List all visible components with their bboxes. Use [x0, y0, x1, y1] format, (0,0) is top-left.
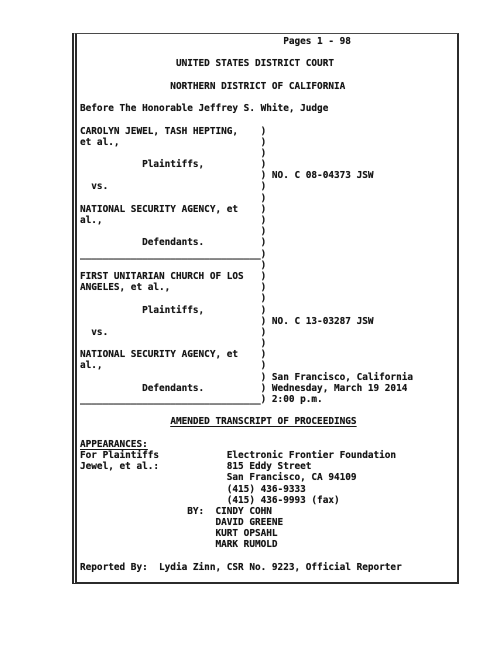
spacer-line	[80, 70, 457, 81]
transcript-title-text: AMENDED TRANSCRIPT OF PROCEEDINGS	[170, 416, 356, 427]
unitarian-defendant-name-line1: NATIONAL SECURITY AGENCY, et )	[80, 349, 457, 360]
jewel-caption-paren-line: )	[80, 193, 457, 204]
appearance-fax: (415) 436-9993 (fax)	[80, 495, 457, 506]
transcript-title-indent	[80, 416, 170, 427]
unitarian-plaintiff-name-line1: FIRST UNITARIAN CHURCH OF LOS )	[80, 271, 457, 282]
appearance-city-state-zip: San Francisco, CA 94109	[80, 472, 457, 483]
judge-line: Before The Honorable Jeffrey S. White, J…	[80, 103, 457, 114]
jewel-caption-paren-line: )	[80, 148, 457, 159]
reporter-line: Reported By: Lydia Zinn, CSR No. 9223, O…	[80, 562, 457, 573]
unitarian-defendant-name-line2: al., )	[80, 360, 457, 371]
pages-range-label: Pages 1 - 98	[80, 36, 457, 47]
spacer-line	[80, 92, 457, 103]
jewel-vs-label: vs. )	[80, 181, 457, 192]
jewel-defendant-name-line2: al., )	[80, 215, 457, 226]
spacer-line	[80, 405, 457, 416]
hearing-time-line: ________________________________) 2:00 p…	[80, 394, 457, 405]
jewel-caption-paren-line: )	[80, 226, 457, 237]
jewel-caption-closing-rule: ________________________________)	[80, 249, 457, 260]
appearance-attorney-1: BY: CINDY COHN	[80, 506, 457, 517]
hearing-location-line: ) San Francisco, California	[80, 372, 457, 383]
appearance-attorney-2: DAVID GREENE	[80, 517, 457, 528]
transcript-title: AMENDED TRANSCRIPT OF PROCEEDINGS	[80, 416, 457, 427]
unitarian-case-number: ) NO. C 13-03287 JSW	[80, 316, 457, 327]
hearing-date-line: Defendants. ) Wednesday, March 19 2014	[80, 383, 457, 394]
unitarian-caption-paren-line: )	[80, 260, 457, 271]
scanned-document-canvas: Pages 1 - 98 UNITED STATES DISTRICT COUR…	[0, 0, 500, 647]
appearances-heading: APPEARANCES:	[80, 439, 457, 450]
transcript-cover-page: Pages 1 - 98 UNITED STATES DISTRICT COUR…	[72, 33, 459, 584]
jewel-plaintiffs-label: Plaintiffs, )	[80, 159, 457, 170]
unitarian-caption-paren-line: )	[80, 338, 457, 349]
unitarian-caption-paren-line: )	[80, 293, 457, 304]
district-name: NORTHERN DISTRICT OF CALIFORNIA	[80, 81, 457, 92]
court-name: UNITED STATES DISTRICT COURT	[80, 58, 457, 69]
spacer-line	[80, 114, 457, 125]
unitarian-plaintiffs-label: Plaintiffs, )	[80, 305, 457, 316]
appearance-party-line2-and-street: Jewel, et al.: 815 Eddy Street	[80, 461, 457, 472]
appearance-attorney-3: KURT OPSAHL	[80, 528, 457, 539]
jewel-case-number: ) NO. C 08-04373 JSW	[80, 170, 457, 181]
appearance-attorney-4: MARK RUMOLD	[80, 539, 457, 550]
jewel-plaintiff-name-line2: et al., )	[80, 137, 457, 148]
jewel-plaintiff-name-line1: CAROLYN JEWEL, TASH HEPTING, )	[80, 126, 457, 137]
appearance-party-line1-and-firm: For Plaintiffs Electronic Frontier Found…	[80, 450, 457, 461]
appearance-phone: (415) 436-9333	[80, 484, 457, 495]
unitarian-plaintiff-name-line2: ANGELES, et al., )	[80, 282, 457, 293]
spacer-line	[80, 551, 457, 562]
spacer-line	[80, 47, 457, 58]
appearances-heading-text: APPEARANCES:	[80, 439, 148, 450]
jewel-defendants-label: Defendants. )	[80, 237, 457, 248]
unitarian-vs-label: vs. )	[80, 327, 457, 338]
jewel-defendant-name-line1: NATIONAL SECURITY AGENCY, et )	[80, 204, 457, 215]
spacer-line	[80, 428, 457, 439]
